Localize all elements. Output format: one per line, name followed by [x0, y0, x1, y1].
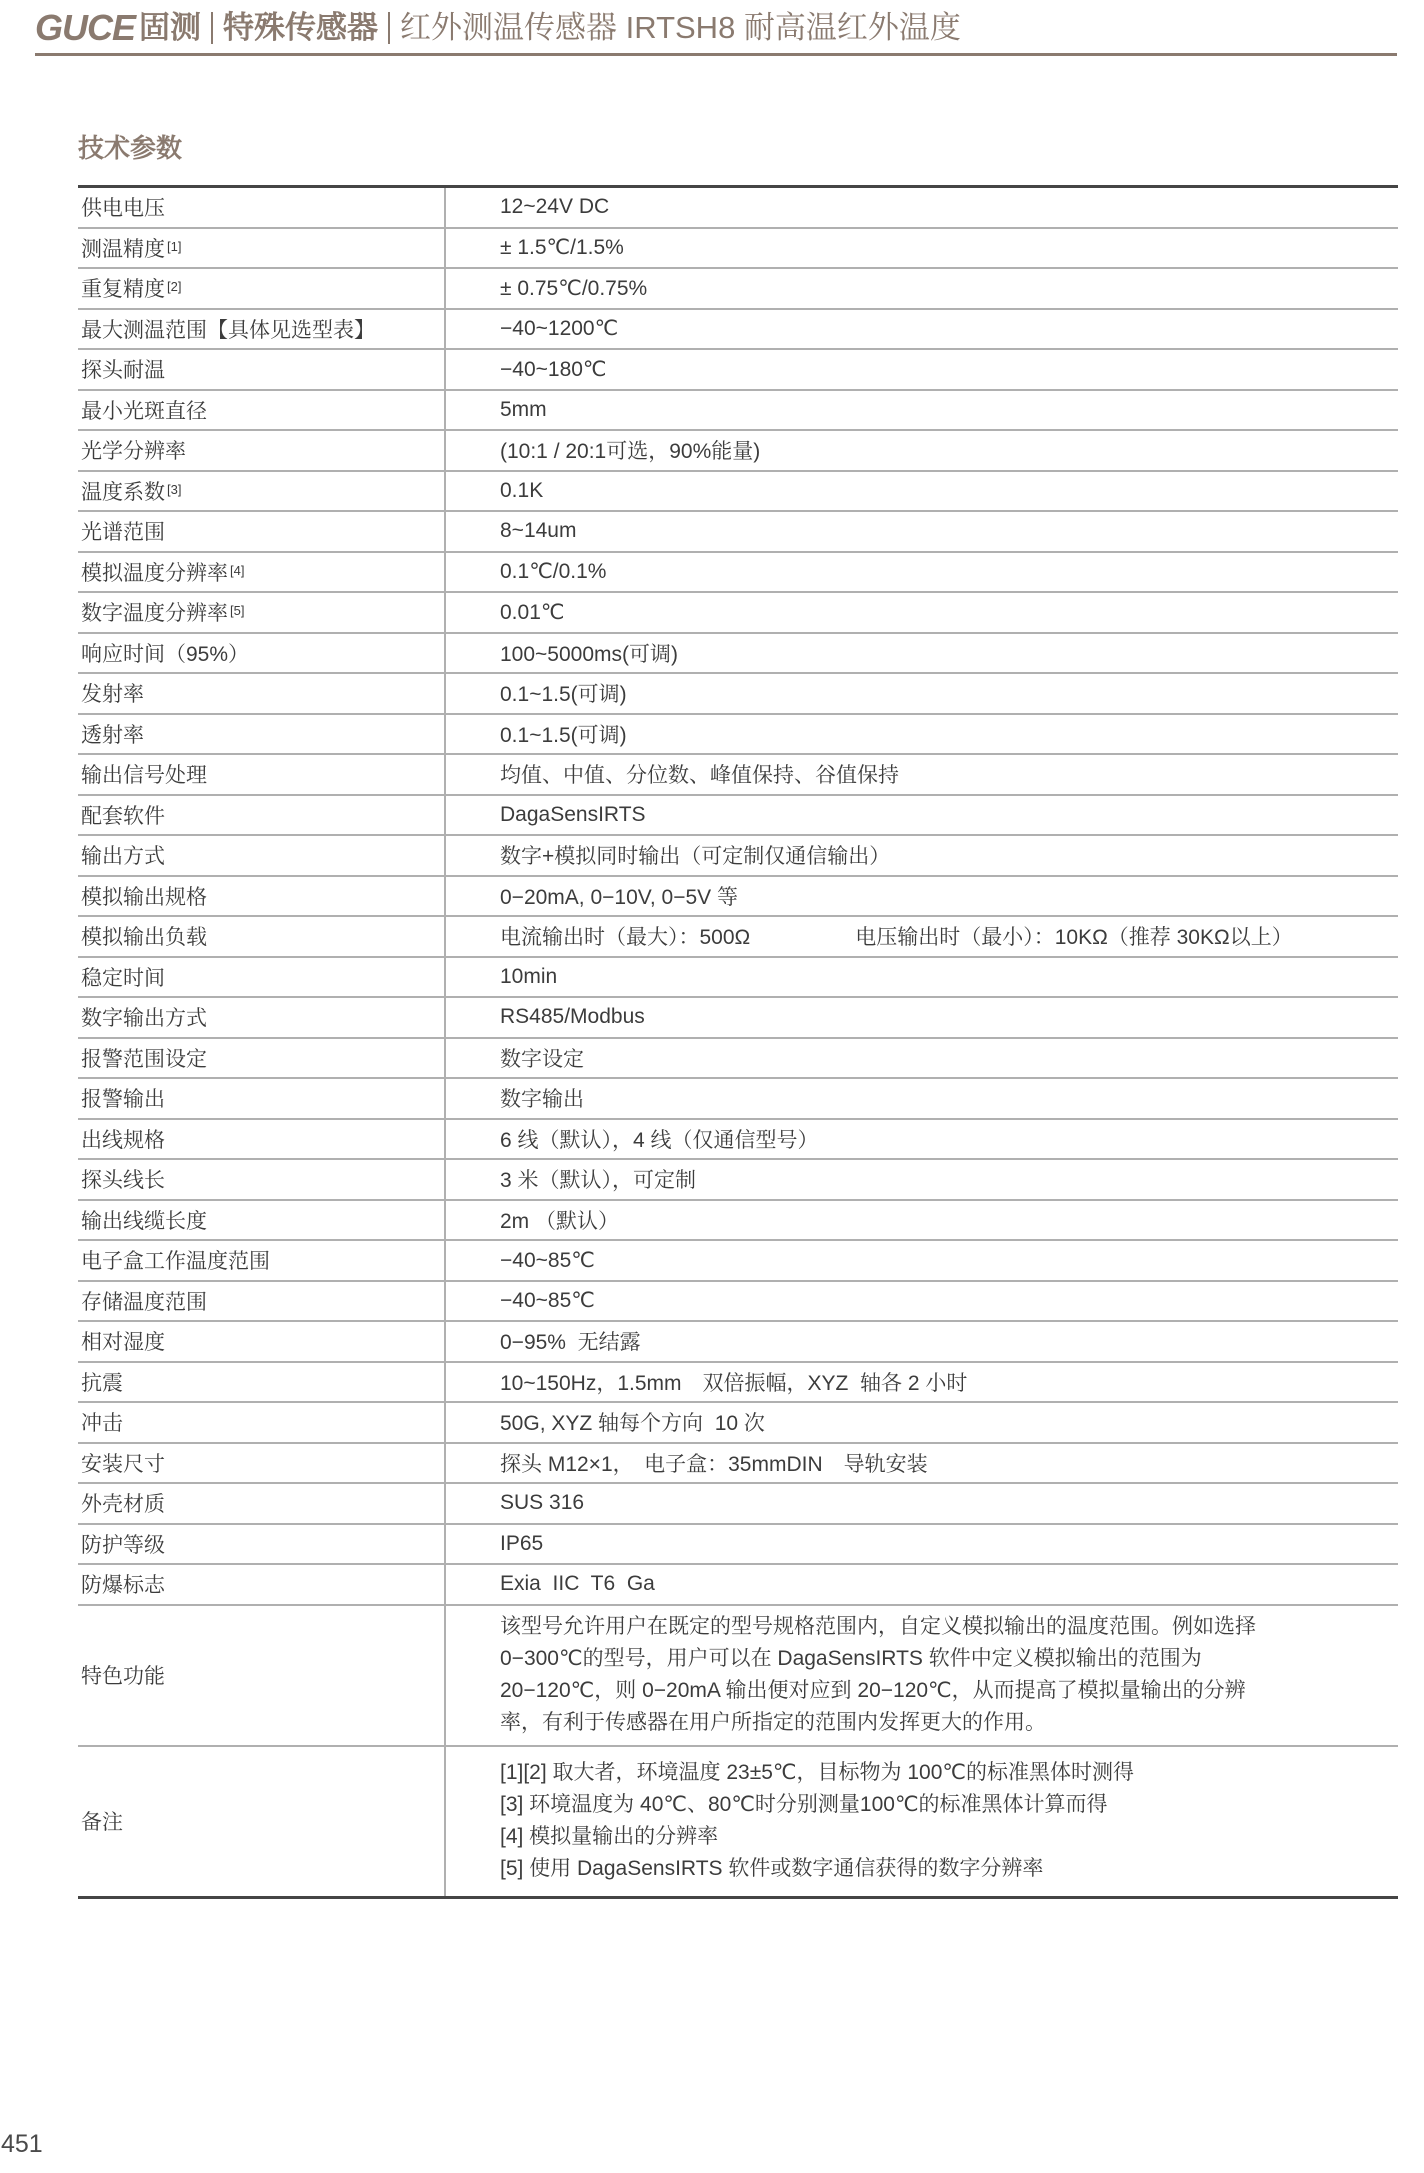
spec-label: 模拟温度分辨率[4] [78, 553, 446, 592]
spec-label: 输出线缆长度 [78, 1201, 446, 1240]
table-row: 发射率0.1~1.5(可调) [78, 674, 1398, 715]
header-subtitle: 红外测温传感器 IRTSH8 耐高温红外温度 [400, 6, 961, 50]
table-row: 特色功能该型号允许用户在既定的型号规格范围内，自定义模拟输出的温度范围。例如选择… [78, 1606, 1398, 1747]
spec-label: 光学分辨率 [78, 431, 446, 470]
spec-label: 冲击 [78, 1403, 446, 1442]
spec-value: ± 0.75℃/0.75% [446, 269, 1398, 308]
spec-value: 该型号允许用户在既定的型号规格范围内，自定义模拟输出的温度范围。例如选择0−30… [446, 1606, 1398, 1745]
spec-label: 温度系数[3] [78, 472, 446, 511]
spec-label: 最小光斑直径 [78, 391, 446, 430]
table-row: 重复精度[2]± 0.75℃/0.75% [78, 269, 1398, 310]
spec-value: 探头 M12×1， 电子盒：35mmDIN 导轨安装 [446, 1444, 1398, 1483]
spec-value: RS485/Modbus [446, 998, 1398, 1037]
table-row: 光学分辨率(10:1 / 20:1可选，90%能量) [78, 431, 1398, 472]
spec-value-line: 率，有利于传感器在用户所指定的范围内发挥更大的作用。 [500, 1707, 1256, 1739]
spec-value: −40~180℃ [446, 350, 1398, 389]
table-row: 输出线缆长度2m （默认） [78, 1201, 1398, 1242]
page-header: GUCE固测 特殊传感器 红外测温传感器 IRTSH8 耐高温红外温度 [35, 6, 1397, 50]
spec-value: 0−20mA, 0−10V, 0−5V 等 [446, 877, 1398, 916]
spec-value-line: 20−120℃，则 0−20mA 输出便对应到 20−120℃，从而提高了模拟量… [500, 1675, 1256, 1707]
spec-value: 8~14um [446, 512, 1398, 551]
table-row: 相对湿度0−95% 无结露 [78, 1322, 1398, 1363]
spec-label: 响应时间（95%） [78, 634, 446, 673]
spec-value: SUS 316 [446, 1484, 1398, 1523]
spec-value: 10min [446, 958, 1398, 997]
table-row: 透射率0.1~1.5(可调) [78, 715, 1398, 756]
spec-value: 0.1~1.5(可调) [446, 674, 1398, 713]
spec-label: 配套软件 [78, 796, 446, 835]
table-row: 测温精度[1]± 1.5℃/1.5% [78, 229, 1398, 270]
header-category: 特殊传感器 [223, 6, 378, 50]
spec-value: 数字+模拟同时输出（可定制仅通信输出） [446, 836, 1398, 875]
table-row: 模拟输出负载电流输出时（最大）：500Ω 电压输出时（最小）：10KΩ（推荐 3… [78, 917, 1398, 958]
table-row: 存储温度范围−40~85℃ [78, 1282, 1398, 1323]
spec-label: 探头耐温 [78, 350, 446, 389]
spec-value: 3 米（默认），可定制 [446, 1160, 1398, 1199]
spec-value: 100~5000ms(可调) [446, 634, 1398, 673]
table-row: 安装尺寸探头 M12×1， 电子盒：35mmDIN 导轨安装 [78, 1444, 1398, 1485]
datasheet-page: GUCE固测 特殊传感器 红外测温传感器 IRTSH8 耐高温红外温度 技术参数… [0, 0, 1424, 2173]
spec-label: 存储温度范围 [78, 1282, 446, 1321]
table-row: 抗震10~150Hz，1.5mm 双倍振幅，XYZ 轴各 2 小时 [78, 1363, 1398, 1404]
table-row: 探头耐温−40~180℃ [78, 350, 1398, 391]
spec-value: 2m （默认） [446, 1201, 1398, 1240]
spec-label: 探头线长 [78, 1160, 446, 1199]
table-row: 稳定时间10min [78, 958, 1398, 999]
spec-label: 报警输出 [78, 1079, 446, 1118]
spec-value: 5mm [446, 391, 1398, 430]
table-row: 备注[1][2] 取大者，环境温度 23±5℃，目标物为 100℃的标准黑体时测… [78, 1747, 1398, 1896]
spec-value: [1][2] 取大者，环境温度 23±5℃，目标物为 100℃的标准黑体时测得[… [446, 1747, 1398, 1896]
spec-label: 防爆标志 [78, 1565, 446, 1604]
spec-label: 模拟输出负载 [78, 917, 446, 956]
spec-value: 0.1℃/0.1% [446, 553, 1398, 592]
spec-value: (10:1 / 20:1可选，90%能量) [446, 431, 1398, 470]
table-row: 最小光斑直径5mm [78, 391, 1398, 432]
table-row: 防护等级IP65 [78, 1525, 1398, 1566]
spec-value: 0.1K [446, 472, 1398, 511]
spec-label: 报警范围设定 [78, 1039, 446, 1078]
spec-value: 50G, XYZ 轴每个方向 10 次 [446, 1403, 1398, 1442]
spec-value: 0.01℃ [446, 593, 1398, 632]
table-row: 数字温度分辨率[5]0.01℃ [78, 593, 1398, 634]
spec-label: 透射率 [78, 715, 446, 754]
table-row: 出线规格6 线（默认），4 线（仅通信型号） [78, 1120, 1398, 1161]
spec-label: 数字输出方式 [78, 998, 446, 1037]
spec-label: 抗震 [78, 1363, 446, 1402]
spec-value: 0.1~1.5(可调) [446, 715, 1398, 754]
spec-label: 出线规格 [78, 1120, 446, 1159]
spec-value: 6 线（默认），4 线（仅通信型号） [446, 1120, 1398, 1159]
spec-value: −40~85℃ [446, 1282, 1398, 1321]
spec-value: 均值、中值、分位数、峰值保持、谷值保持 [446, 755, 1398, 794]
spec-value-line: 该型号允许用户在既定的型号规格范围内，自定义模拟输出的温度范围。例如选择 [500, 1611, 1256, 1643]
spec-value: IP65 [446, 1525, 1398, 1564]
spec-label: 相对湿度 [78, 1322, 446, 1361]
table-row: 模拟输出规格0−20mA, 0−10V, 0−5V 等 [78, 877, 1398, 918]
table-row: 报警范围设定数字设定 [78, 1039, 1398, 1080]
spec-label: 安装尺寸 [78, 1444, 446, 1483]
spec-label: 发射率 [78, 674, 446, 713]
spec-label: 稳定时间 [78, 958, 446, 997]
brand-name-cn: 固测 [139, 6, 201, 50]
spec-label: 电子盒工作温度范围 [78, 1241, 446, 1280]
brand-logo: GUCE [35, 6, 135, 50]
table-row: 供电电压12~24V DC [78, 188, 1398, 229]
spec-value: DagaSensIRTS [446, 796, 1398, 835]
header-rule [35, 53, 1397, 56]
table-row: 数字输出方式RS485/Modbus [78, 998, 1398, 1039]
spec-label: 模拟输出规格 [78, 877, 446, 916]
spec-label: 数字温度分辨率[5] [78, 593, 446, 632]
spec-value: Exia IIC T6 Ga [446, 1565, 1398, 1604]
table-row: 光谱范围8~14um [78, 512, 1398, 553]
spec-value: −40~1200℃ [446, 310, 1398, 349]
spec-label: 供电电压 [78, 188, 446, 227]
header-divider [388, 12, 390, 44]
table-row: 防爆标志Exia IIC T6 Ga [78, 1565, 1398, 1606]
spec-label: 外壳材质 [78, 1484, 446, 1523]
spec-value-line: [1][2] 取大者，环境温度 23±5℃，目标物为 100℃的标准黑体时测得 [500, 1757, 1134, 1789]
spec-label: 输出信号处理 [78, 755, 446, 794]
spec-value: 数字设定 [446, 1039, 1398, 1078]
spec-table-body: 供电电压12~24V DC测温精度[1]± 1.5℃/1.5%重复精度[2]± … [78, 188, 1398, 1896]
table-row: 输出方式数字+模拟同时输出（可定制仅通信输出） [78, 836, 1398, 877]
table-row: 报警输出数字输出 [78, 1079, 1398, 1120]
spec-label: 最大测温范围【具体见选型表】 [78, 310, 446, 349]
spec-value: 数字输出 [446, 1079, 1398, 1118]
spec-value: ± 1.5℃/1.5% [446, 229, 1398, 268]
table-row: 输出信号处理均值、中值、分位数、峰值保持、谷值保持 [78, 755, 1398, 796]
spec-label: 特色功能 [78, 1606, 446, 1745]
spec-value: 10~150Hz，1.5mm 双倍振幅，XYZ 轴各 2 小时 [446, 1363, 1398, 1402]
spec-label: 测温精度[1] [78, 229, 446, 268]
header-divider [211, 12, 213, 44]
table-row: 配套软件DagaSensIRTS [78, 796, 1398, 837]
spec-label: 防护等级 [78, 1525, 446, 1564]
spec-label: 备注 [78, 1747, 446, 1896]
spec-value: 12~24V DC [446, 188, 1398, 227]
table-row: 温度系数[3]0.1K [78, 472, 1398, 513]
table-row: 最大测温范围【具体见选型表】−40~1200℃ [78, 310, 1398, 351]
table-row: 外壳材质SUS 316 [78, 1484, 1398, 1525]
spec-value-line: [4] 模拟量输出的分辨率 [500, 1821, 1134, 1853]
table-row: 响应时间（95%）100~5000ms(可调) [78, 634, 1398, 675]
spec-value-line: 0−300℃的型号，用户可以在 DagaSensIRTS 软件中定义模拟输出的范… [500, 1643, 1256, 1675]
spec-value: 0−95% 无结露 [446, 1322, 1398, 1361]
table-row: 冲击50G, XYZ 轴每个方向 10 次 [78, 1403, 1398, 1444]
spec-value: −40~85℃ [446, 1241, 1398, 1280]
spec-table: 供电电压12~24V DC测温精度[1]± 1.5℃/1.5%重复精度[2]± … [78, 185, 1398, 1899]
table-row: 模拟温度分辨率[4]0.1℃/0.1% [78, 553, 1398, 594]
section-title: 技术参数 [78, 128, 182, 165]
spec-label: 输出方式 [78, 836, 446, 875]
spec-value: 电流输出时（最大）：500Ω 电压输出时（最小）：10KΩ（推荐 30KΩ以上） [446, 917, 1398, 956]
table-row: 探头线长3 米（默认），可定制 [78, 1160, 1398, 1201]
spec-value-line: [5] 使用 DagaSensIRTS 软件或数字通信获得的数字分辨率 [500, 1853, 1134, 1885]
spec-label: 光谱范围 [78, 512, 446, 551]
spec-value-line: [3] 环境温度为 40℃、80℃时分别测量100℃的标准黑体计算而得 [500, 1789, 1134, 1821]
spec-label: 重复精度[2] [78, 269, 446, 308]
page-number: 451 [1, 2130, 43, 2159]
table-row: 电子盒工作温度范围−40~85℃ [78, 1241, 1398, 1282]
